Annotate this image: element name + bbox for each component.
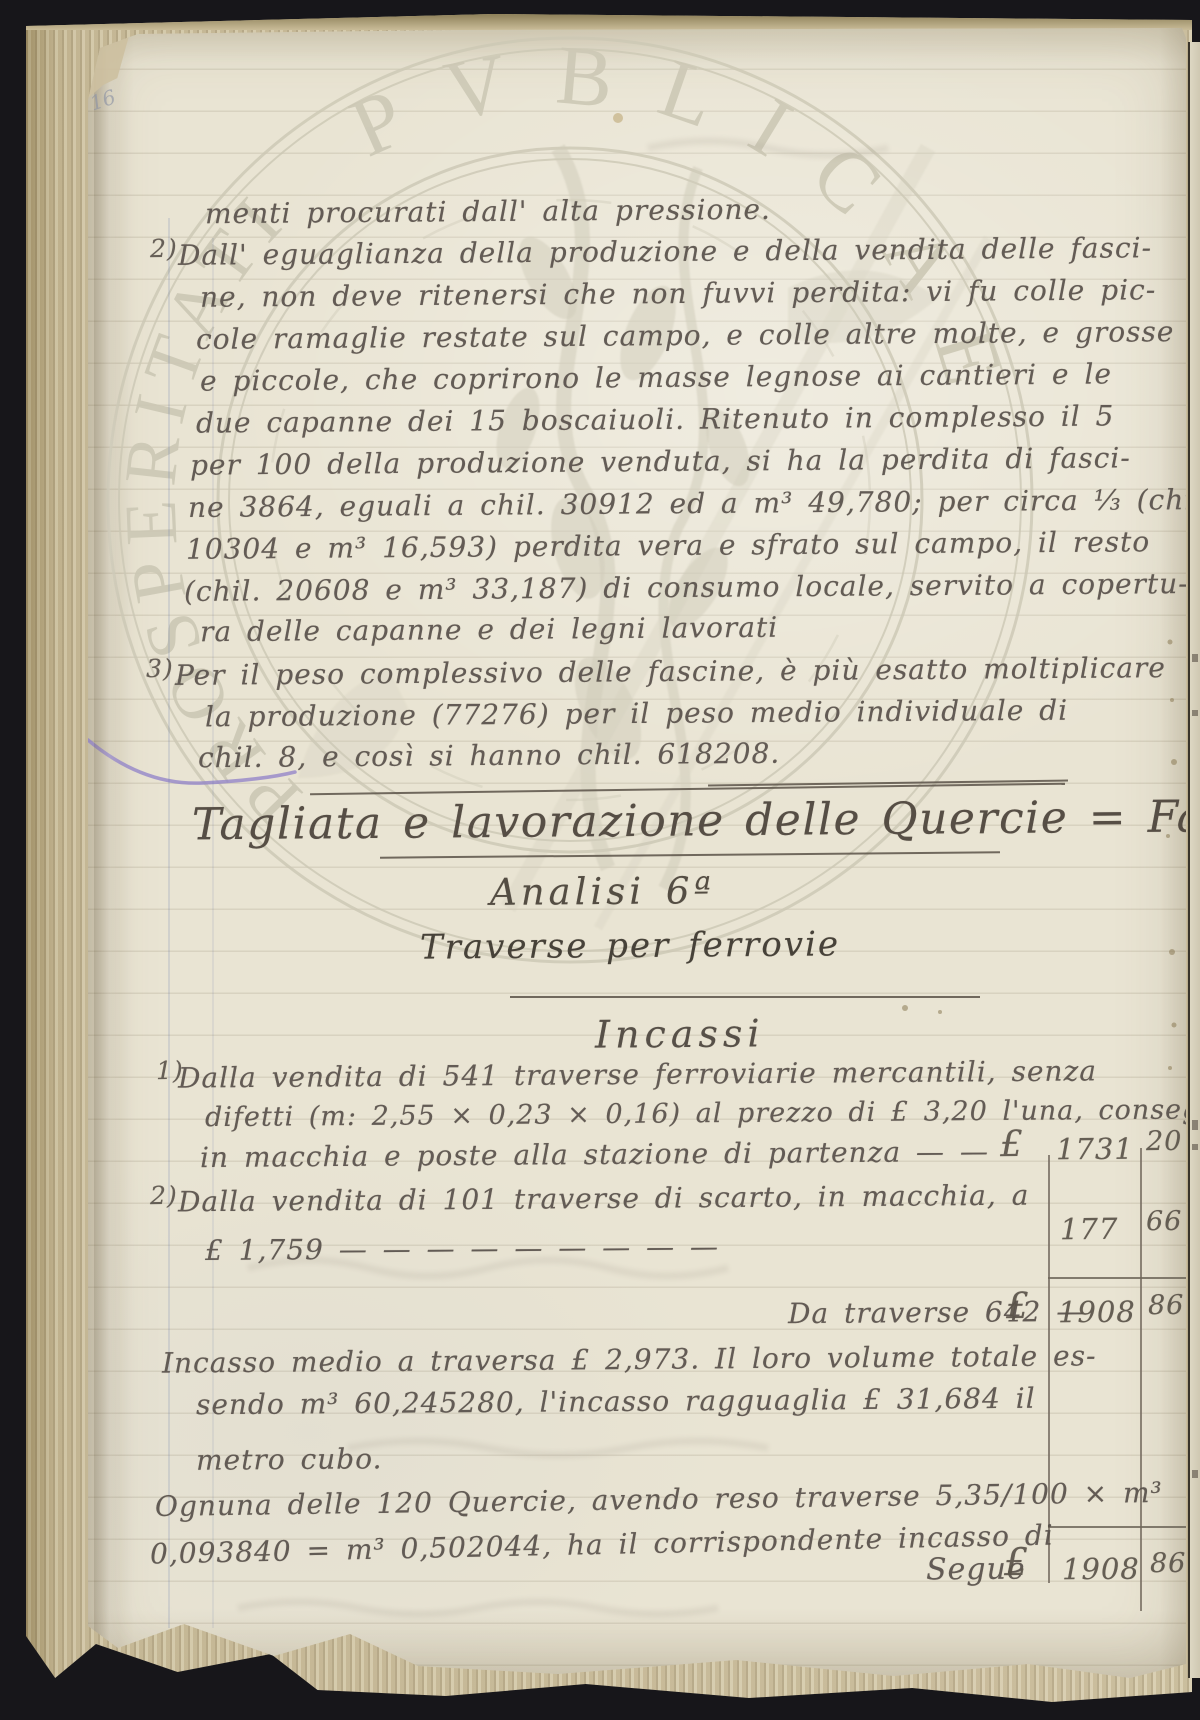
amount-lire: 1908 (1062, 1552, 1140, 1587)
currency-sign: £ (1000, 1124, 1024, 1165)
section-heading: Tagliata e lavorazione delle Quercie = F… (192, 791, 1200, 851)
manuscript-line: £ 1,759 — — — — — — — — — (205, 1230, 719, 1267)
amount-lire: 177 (1060, 1212, 1119, 1246)
manuscript-line: sendo m³ 60,245280, l'incasso ragguaglia… (196, 1382, 1036, 1422)
money-column-line-cents (1140, 1148, 1142, 1611)
manuscript-line: metro cubo. (196, 1442, 383, 1476)
manuscript-page: PROSPERITATI PVBLICAE (88, 28, 1186, 1680)
manuscript-line: in macchia e poste alla stazione di part… (200, 1135, 989, 1174)
margin-line-blue (168, 218, 170, 1628)
amount-cent: 86 (1150, 1548, 1187, 1579)
currency-sign: £ (1006, 1286, 1030, 1327)
amount-lire: 1731 (1056, 1132, 1134, 1167)
manuscript-line: chil. 8, e così si hanno chil. 618208. (198, 737, 781, 775)
analysis-title: Analisi 6ª (490, 869, 715, 914)
item-marker: 2) (150, 1181, 178, 1210)
manuscript-line: Dalla vendita di 101 traverse di scarto,… (178, 1179, 1030, 1219)
manuscript-line: ra delle capanne e dei legni lavorati (200, 611, 778, 649)
scanned-manuscript-screen: PROSPERITATI PVBLICAE (0, 0, 1200, 1720)
analysis-subtitle: Traverse per ferrovie (420, 924, 840, 967)
item-marker: 3) (146, 654, 174, 683)
carry-rule (1048, 1526, 1186, 1528)
amount-cent: 20 (1146, 1126, 1183, 1157)
page-top-edge (26, 14, 1192, 30)
incassi-title: Incassi (595, 1011, 765, 1056)
incassi-rule (510, 996, 980, 998)
total-rule (1048, 1277, 1186, 1279)
total-label: Da traverse 642 — (788, 1295, 1086, 1330)
amount-lire: 1908 (1058, 1295, 1136, 1330)
amount-cent: 66 (1146, 1206, 1183, 1237)
next-page-sliver (1188, 42, 1200, 1678)
amount-cent: 86 (1148, 1290, 1185, 1321)
item-marker: 2) (150, 234, 178, 263)
currency-sign: £ (1004, 1540, 1030, 1584)
manuscript-line: menti procurati dall' alta pressione. (205, 193, 771, 230)
binding-crease-shadow (94, 28, 120, 1680)
manuscript-line: la produzione (77276) per il peso medio … (205, 694, 1068, 734)
